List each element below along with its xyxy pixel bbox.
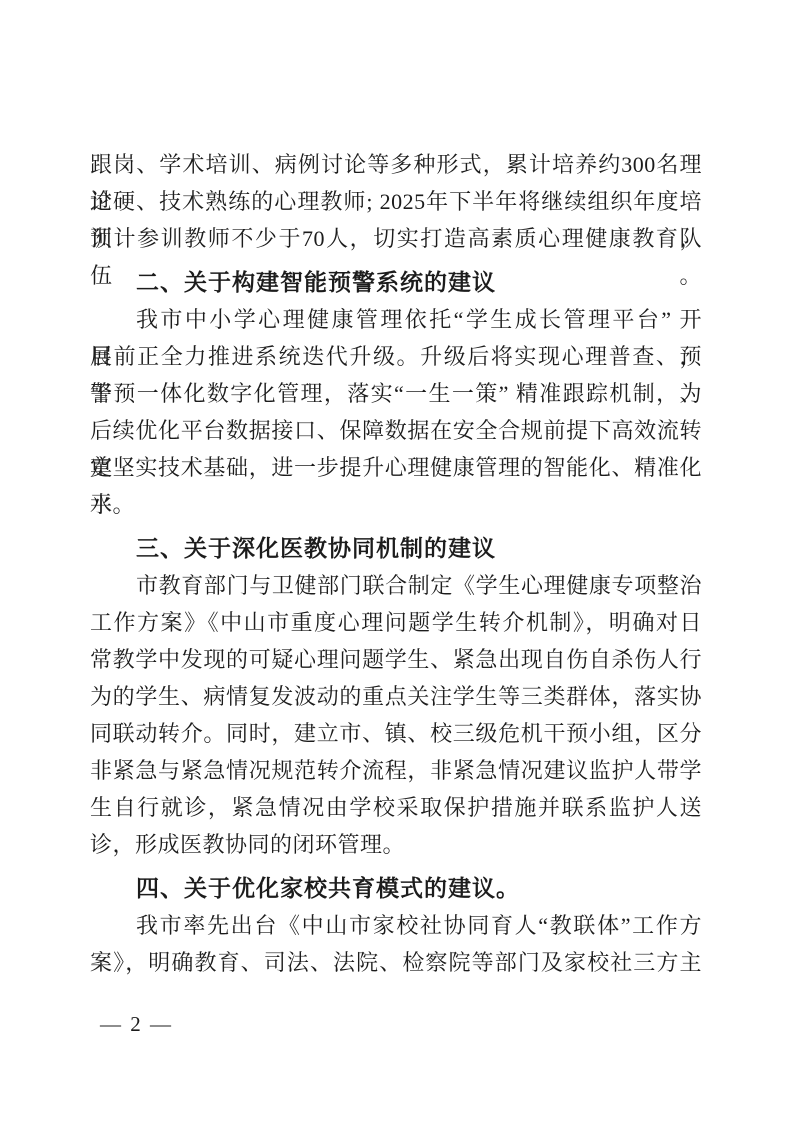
text-line: 定坚实技术基础，进一步提升心理健康管理的智能化、精准化水 xyxy=(90,449,702,486)
text-line: 非紧急与紧急情况规范转介流程，非紧急情况建议监护人带学 xyxy=(90,752,702,789)
paragraph-first-line: 我市率先出台《中山市家校社协同育人“教联体”工作方 xyxy=(90,907,702,944)
text-line: 工作方案》《中山市重度心理问题学生转介机制》，明确对日 xyxy=(90,604,702,641)
text-line: 案》，明确教育、司法、法院、检察院等部门及家校社三方主 xyxy=(90,944,702,981)
text-line: 后续优化平台数据接口、保障数据在安全合规前提下高效流转奠 xyxy=(90,412,702,449)
page-number: — 2 — xyxy=(100,1012,173,1037)
text-line: 常教学中发现的可疑心理问题学生、紧急出现自伤自杀伤人行 xyxy=(90,641,702,678)
section-heading-3: 三、关于深化医教协同机制的建议 xyxy=(90,530,702,567)
paragraph-last-line: 诊，形成医教协同的闭环管理。 xyxy=(90,826,702,863)
text-line: 目前正全力推进系统迭代升级。升级后将实现心理普查、预警、 xyxy=(90,338,702,375)
paragraph-first-line: 市教育部门与卫健部门联合制定《学生心理健康专项整治 xyxy=(90,567,702,604)
document-body: 跟岗、学术培训、病例讨论等多种形式，累计培养约300名理论 过硬、技术熟练的心理… xyxy=(90,146,702,981)
paragraph-last-line: 平。 xyxy=(90,486,702,523)
text-line: 为的学生、病情复发波动的重点关注学生等三类群体，落实协 xyxy=(90,678,702,715)
text-line: 生自行就诊，紧急情况由学校采取保护措施并联系监护人送 xyxy=(90,789,702,826)
text-line: 跟岗、学术培训、病例讨论等多种形式，累计培养约300名理论 xyxy=(90,146,702,183)
document-page: 跟岗、学术培训、病例讨论等多种形式，累计培养约300名理论 过硬、技术熟练的心理… xyxy=(0,0,800,1131)
text-line: 干预一体化数字化管理，落实“一生一策” 精准跟踪机制，为 xyxy=(90,375,702,412)
text-line: 过硬、技术熟练的心理教师; 2025年下半年将继续组织年度培训， xyxy=(90,183,702,220)
section-heading-4: 四、关于优化家校共育模式的建议。 xyxy=(90,870,702,907)
text-line: 同联动转介。同时，建立市、镇、校三级危机干预小组，区分 xyxy=(90,715,702,752)
paragraph-first-line: 我市中小学心理健康管理依托“学生成长管理平台” 开展， xyxy=(90,301,702,338)
text-line: 预计参训教师不少于70人，切实打造高素质心理健康教育队伍。 xyxy=(90,220,702,257)
